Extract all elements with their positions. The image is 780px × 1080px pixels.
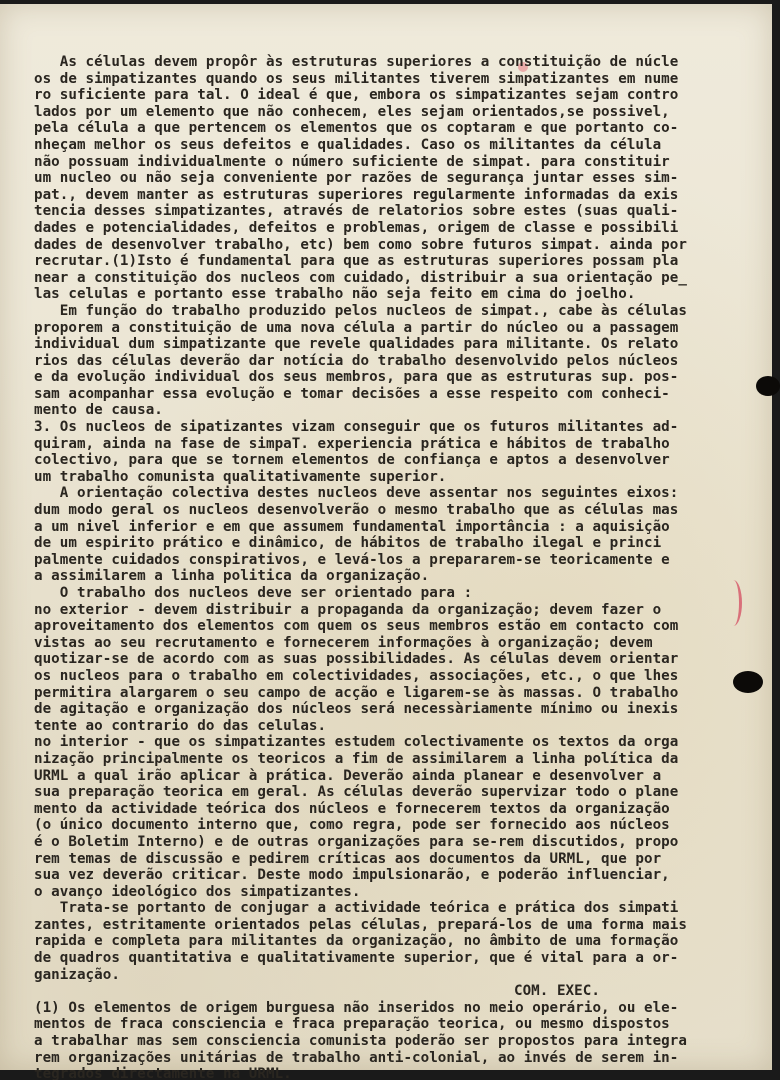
text-line: os nucleos para o trabalho em colectivid… <box>34 668 754 685</box>
text-line: Trata-se portanto de conjugar a activida… <box>34 900 754 917</box>
text-line: lados por um elemento que não conhecem, … <box>34 104 754 121</box>
text-line: de um espirito prático e dinâmico, de há… <box>34 535 754 552</box>
text-line: 3. Os nucleos de sipatizantes vizam cons… <box>34 419 754 436</box>
ink-blot <box>756 376 780 396</box>
text-line: las celulas e portanto esse trabalho não… <box>34 286 754 303</box>
text-line: vistas ao seu recrutamento e fornecerem … <box>34 635 754 652</box>
footnote-line: mentos de fraca consciencia e fraca prep… <box>34 1016 754 1033</box>
text-line: (o único documento interno que, como reg… <box>34 817 754 834</box>
text-line: a assimilarem a linha politica da organi… <box>34 568 754 585</box>
text-line: mento da actividade teórica dos núcleos … <box>34 801 754 818</box>
text-line: pat., devem manter as estruturas superio… <box>34 187 754 204</box>
text-line: O trabalho dos nucleos deve ser orientad… <box>34 585 754 602</box>
text-line: sua preparação teorica em geral. As célu… <box>34 784 754 801</box>
text-line: nheçam melhor os seus defeitos e qualida… <box>34 137 754 154</box>
text-line: URML a qual irão aplicar à prática. Deve… <box>34 768 754 785</box>
text-line: A orientação colectiva destes nucleos de… <box>34 485 754 502</box>
document-body: As células devem propôr às estruturas su… <box>34 54 754 1080</box>
footnote: (1) Os elementos de origem burguesa não … <box>34 1000 754 1080</box>
text-line: tencia desses simpatizantes, através de … <box>34 203 754 220</box>
text-line: palmente cuidados conspirativos, e levá-… <box>34 552 754 569</box>
text-line: near a constituição dos nucleos com cuid… <box>34 270 754 287</box>
text-line: a um nivel inferior e em que assumem fun… <box>34 519 754 536</box>
text-line: no exterior - devem distribuir a propaga… <box>34 602 754 619</box>
text-line: dades e potencialidades, defeitos e prob… <box>34 220 754 237</box>
text-line: quiram, ainda na fase de simpaT. experie… <box>34 436 754 453</box>
text-line: de agitação e organização dos núcleos se… <box>34 701 754 718</box>
text-line: sam acompanhar essa evolução e tomar dec… <box>34 386 754 403</box>
text-line: não possuam individualmente o número suf… <box>34 154 754 171</box>
text-line: zantes, estritamente orientados pelas cé… <box>34 917 754 934</box>
footnote-line: tegrados directamente na URML. <box>34 1066 754 1080</box>
text-line: tente ao contrario do das celulas. <box>34 718 754 735</box>
text-line: dades de desenvolver trabalho, etc) bem … <box>34 237 754 254</box>
text-line: As células devem propôr às estruturas su… <box>34 54 754 71</box>
text-line: Em função do trabalho produzido pelos nu… <box>34 303 754 320</box>
text-line: mento de causa. <box>34 402 754 419</box>
text-line: rios das células deverão dar notícia do … <box>34 353 754 370</box>
text-line: um trabalho comunista qualitativamente s… <box>34 469 754 486</box>
text-line: quotizar-se de acordo com as suas possib… <box>34 651 754 668</box>
text-line: dum modo geral os nucleos desenvolverão … <box>34 502 754 519</box>
text-line: ganização. <box>34 967 754 984</box>
text-line: pela célula a que pertencem os elementos… <box>34 120 754 137</box>
text-line: recrutar.(1)Isto é fundamental para que … <box>34 253 754 270</box>
text-line: sua vez deverão criticar. Deste modo imp… <box>34 867 754 884</box>
text-line: e da evolução individual dos seus membro… <box>34 369 754 386</box>
text-line: no interior - que os simpatizantes estud… <box>34 734 754 751</box>
text-line: o avanço ideológico dos simpatizantes. <box>34 884 754 901</box>
body-paragraphs: As células devem propôr às estruturas su… <box>34 54 754 983</box>
footnote-line: rem organizações unitárias de trabalho a… <box>34 1050 754 1067</box>
text-line: é o Boletim Interno) e de outras organiz… <box>34 834 754 851</box>
footnote-line: (1) Os elementos de origem burguesa não … <box>34 1000 754 1017</box>
text-line: individual dum simpatizante que revele q… <box>34 336 754 353</box>
red-margin-bracket <box>725 580 742 626</box>
text-line: os de simpatizantes quando os seus milit… <box>34 71 754 88</box>
text-line: rapida e completa para militantes da org… <box>34 933 754 950</box>
text-line: proporem a constituição de uma nova célu… <box>34 320 754 337</box>
ink-blot <box>733 671 763 693</box>
signature: COM. EXEC. <box>34 983 754 1000</box>
text-line: aproveitamento dos elementos com quem os… <box>34 618 754 635</box>
footnote-line: a trabalhar mas sem consciencia comunist… <box>34 1033 754 1050</box>
typewritten-page: As células devem propôr às estruturas su… <box>0 4 772 1070</box>
text-line: nização principalmente os teoricos a fim… <box>34 751 754 768</box>
text-line: rem temas de discussão e pedirem crítica… <box>34 851 754 868</box>
text-line: um nucleo ou não seja conveniente por ra… <box>34 170 754 187</box>
text-line: colectivo, para que se tornem elementos … <box>34 452 754 469</box>
text-line: ro suficiente para tal. O ideal é que, e… <box>34 87 754 104</box>
text-line: de quadros quantitativa e qualitativamen… <box>34 950 754 967</box>
text-line: permitira alargarem o seu campo de acção… <box>34 685 754 702</box>
